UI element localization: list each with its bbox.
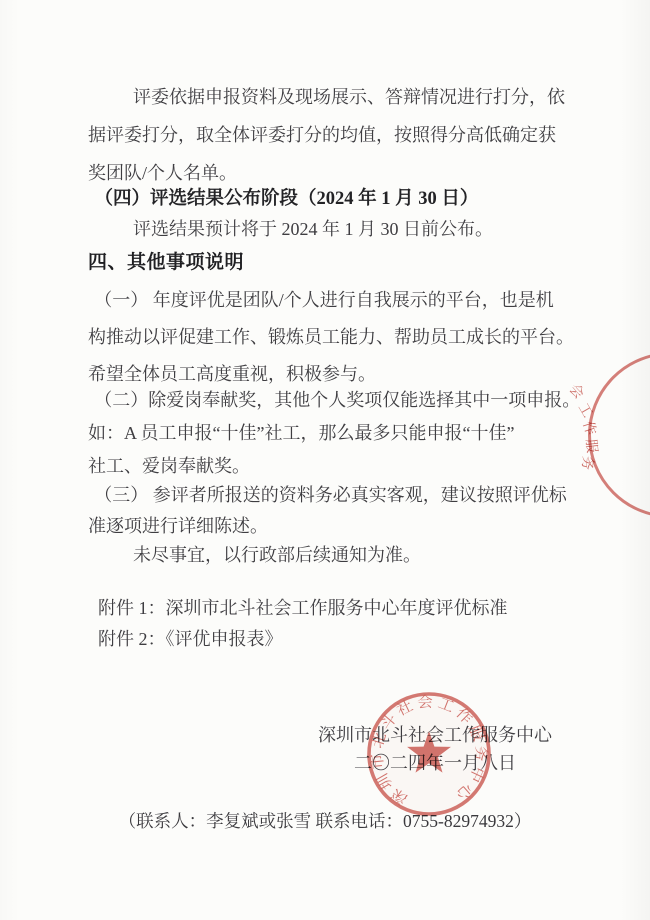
text-line: 社工、爱岗奉献奖。 (88, 450, 566, 483)
text-line: 未尽事宜，以行政部后续通知为准。 (88, 540, 566, 571)
paragraph-note-3: （三） 参评者所报送的资料务必真实客观，建议按照评优标准逐项进行详细陈述。 (88, 480, 566, 542)
heading-section-4: 四、其他事项说明 (88, 247, 566, 279)
text-line: 构推动以评促建工作、锻炼员工能力、帮助员工成长的平台。 (88, 319, 566, 356)
text-line: 四、其他事项说明 (88, 247, 566, 279)
text-line: 评委依据申报资料及现场展示、答辩情况进行打分，依 (88, 78, 566, 116)
text-line: 附件 2：《评优申报表》 (98, 624, 576, 655)
text-line: （四）评选结果公布阶段（2024 年 1 月 30 日） (88, 184, 566, 214)
paragraph-closing: 未尽事宜，以行政部后续通知为准。 (88, 540, 566, 571)
paragraph-note-2: （二）除爱岗奉献奖，其他个人奖项仅能选择其中一项申报。如：A 员工申报“十佳”社… (88, 384, 566, 483)
text-line: （一） 年度评优是团队/个人进行自我展示的平台，也是机 (88, 282, 566, 319)
text-line: 附件 1：深圳市北斗社会工作服务中心年度评优标准 (98, 593, 576, 624)
edge-seal-char: 服 (581, 438, 602, 454)
text-line: 据评委打分，取全体评委打分的均值，按照得分高低确定获 (88, 116, 566, 154)
text-line: 评选结果预计将于 2024 年 1 月 30 日前公布。 (88, 214, 566, 244)
heading-stage-4: （四）评选结果公布阶段（2024 年 1 月 30 日） (88, 184, 566, 214)
text-line: （二）除爱岗奉献奖，其他个人奖项仅能选择其中一项申报。 (88, 384, 566, 417)
text-line: 如：A 员工申报“十佳”社工，那么最多只能申报“十佳” (88, 417, 566, 450)
text-line: （三） 参评者所报送的资料务必真实客观，建议按照评优标 (88, 480, 566, 511)
text-line: 准逐项进行详细陈述。 (88, 511, 566, 542)
attachment-list: 附件 1：深圳市北斗社会工作服务中心年度评优标准附件 2：《评优申报表》 (88, 593, 576, 655)
edge-seal-fragment-circle (588, 352, 650, 518)
paragraph-stage-4-body: 评选结果预计将于 2024 年 1 月 30 日前公布。 (88, 214, 566, 244)
official-seal: 深圳市北斗社会工作服务中心 (361, 686, 497, 822)
paragraph-scoring-method: 评委依据申报资料及现场展示、答辩情况进行打分，依据评委打分，取全体评委打分的均值… (88, 78, 566, 192)
scanned-document-page: 评委依据申报资料及现场展示、答辩情况进行打分，依据评委打分，取全体评委打分的均值… (0, 0, 650, 920)
edge-seal-char: 务 (577, 455, 598, 471)
paragraph-note-1: （一） 年度评优是团队/个人进行自我展示的平台，也是机构推动以评促建工作、锻炼员… (88, 282, 566, 393)
